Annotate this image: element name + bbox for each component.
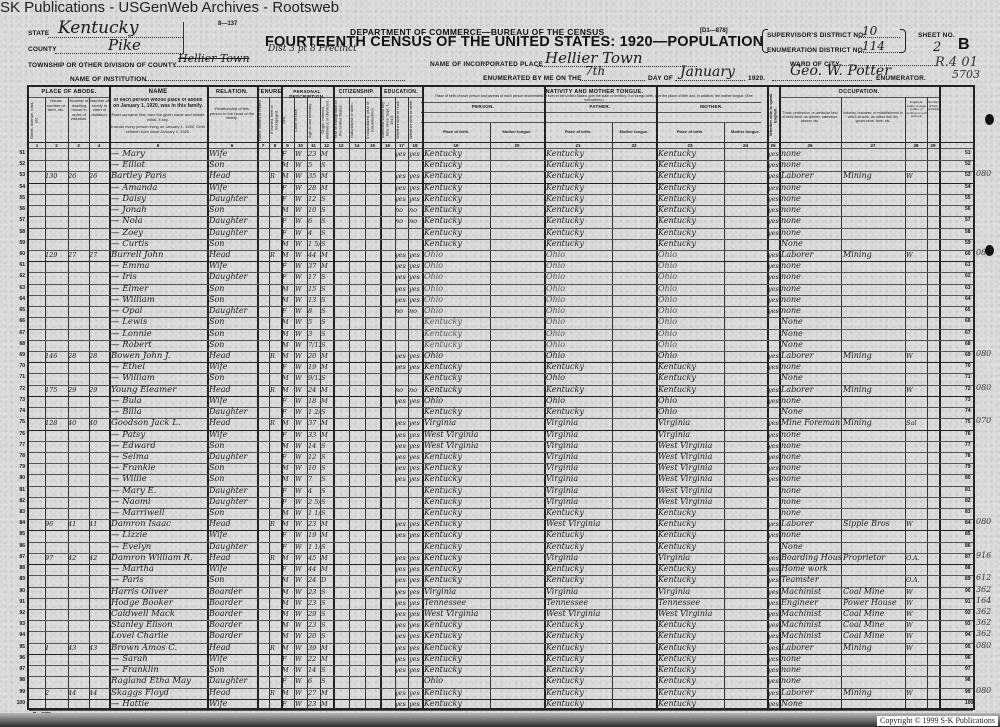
industry: Mining [843, 417, 905, 429]
age: 23 [308, 518, 320, 530]
marital-status: S [321, 372, 333, 384]
race: W [295, 597, 307, 609]
sex: F [282, 395, 294, 407]
sheet-side: B [958, 36, 970, 54]
line-number: 54 [13, 184, 25, 190]
line-number: 88 [965, 565, 977, 571]
race: W [295, 372, 307, 384]
father-birthplace: Kentucky [546, 193, 612, 205]
margin-note-2: 5703 [952, 68, 980, 81]
person-name: — Hattie [111, 698, 207, 710]
relation: Head [209, 518, 257, 530]
race: W [295, 316, 307, 328]
dwelling-number: 146 [45, 350, 68, 362]
street-header: Street, avenue, road, etc. [30, 99, 44, 141]
can-write: yes [409, 698, 422, 710]
marital-status: M [321, 395, 333, 407]
mother-birthplace: Kentucky [658, 664, 724, 676]
age: 15 [308, 283, 320, 295]
person-name: — Lewis [111, 316, 207, 328]
mother-birthplace: Kentucky [658, 630, 724, 642]
sex: M [282, 294, 294, 306]
can-read: yes [395, 597, 408, 609]
line-number: 76 [965, 431, 977, 437]
race: W [295, 687, 307, 699]
race: W [295, 361, 307, 373]
person-name: Ragland Etha May [111, 675, 207, 687]
race: W [295, 664, 307, 676]
mother-birthplace: Kentucky [658, 518, 724, 530]
sex: M [282, 238, 294, 250]
speaks-english: yes [768, 552, 779, 564]
family-number: 29 [68, 384, 89, 396]
occupation: none [781, 305, 841, 317]
person-name: — Martha [111, 563, 207, 575]
line-number: 62 [965, 273, 977, 279]
occupation-code: 080 [976, 686, 991, 695]
mother-birthplace: Kentucky [658, 204, 724, 216]
line-number: 100 [965, 700, 977, 706]
birthplace: Kentucky [424, 372, 490, 384]
can-read: yes [395, 148, 408, 160]
marital-status: M [321, 417, 333, 429]
occupation: none [781, 462, 841, 474]
mother-birthplace: Ohio [658, 294, 724, 306]
race: W [295, 170, 307, 182]
speaks-english: yes [768, 249, 779, 261]
naturalization-year-header: If naturalized, year of naturalization. [366, 99, 380, 141]
father-birthplace: Kentucky [546, 204, 612, 216]
education-group-header: EDUCATION. [380, 89, 422, 95]
row-rule [29, 710, 973, 711]
marital-status: M [321, 384, 333, 396]
line-number: 90 [13, 588, 25, 594]
birthplace: West Virginia [424, 440, 490, 452]
age: 10 [308, 204, 320, 216]
person-name: — Paris [111, 574, 207, 586]
person-name: — Amanda [111, 182, 207, 194]
line-number: 73 [13, 397, 25, 403]
person-name: — Lizzie [111, 529, 207, 541]
family-number: 42 [68, 552, 89, 564]
relation: Son [209, 316, 257, 328]
father-birthplace: Virginia [546, 451, 612, 463]
employer-class: O.A. [906, 574, 927, 586]
column-number: 8 [269, 143, 281, 148]
mother-birthplace: Kentucky [658, 170, 724, 182]
mother-birthplace: West Virginia [658, 462, 724, 474]
race: W [295, 395, 307, 407]
relation: Head [209, 350, 257, 362]
relation: Wife [209, 395, 257, 407]
relation: Son [209, 294, 257, 306]
line-number: 88 [13, 565, 25, 571]
tenure: R [270, 642, 281, 654]
race: W [295, 473, 307, 485]
name-sub-header-3: Include every person living on January 1… [111, 125, 205, 134]
race: W [295, 417, 307, 429]
relation-sub-header: Relationship of this person to the head … [209, 107, 255, 121]
father-birthplace: Virginia [546, 586, 612, 598]
marital-status: S [321, 271, 333, 283]
father-birthplace: Ohio [546, 260, 612, 272]
birthplace: Kentucky [424, 664, 490, 676]
line-number: 79 [13, 464, 25, 470]
can-write: yes [409, 619, 422, 631]
immigration-header: Year of immigration to the United States… [334, 99, 349, 141]
father-birthplace: Ohio [546, 339, 612, 351]
sex: F [282, 227, 294, 239]
mother-birthplace: Virginia [658, 586, 724, 598]
relation: Daughter [209, 485, 257, 497]
occupation: none [781, 529, 841, 541]
father-birthplace: Kentucky [546, 148, 612, 160]
race: W [295, 586, 307, 598]
can-write: no [409, 305, 422, 317]
column-divider [349, 97, 350, 708]
can-read: yes [395, 440, 408, 452]
speaks-english: yes [768, 350, 779, 362]
marital-status: S [321, 597, 333, 609]
mother-birthplace: Ohio [658, 260, 724, 272]
person-name: — Opal [111, 305, 207, 317]
line-number: 79 [965, 464, 977, 470]
sex: F [282, 563, 294, 575]
mother-birthplace: Kentucky [658, 653, 724, 665]
birthplace: Kentucky [424, 653, 490, 665]
birthplace: Kentucky [424, 227, 490, 239]
can-read: yes [395, 193, 408, 205]
state-county-bracket [183, 22, 184, 54]
can-read: yes [395, 687, 408, 699]
race: W [295, 384, 307, 396]
sex: F [282, 193, 294, 205]
can-read: yes [395, 395, 408, 407]
industry-header: Industry, business, or establishment in … [843, 111, 903, 123]
father-birthplace: Kentucky [546, 630, 612, 642]
marital-status: M [321, 429, 333, 441]
can-read: yes [395, 170, 408, 182]
relation: Daughter [209, 193, 257, 205]
speaks-english: yes [768, 563, 779, 575]
sex: F [282, 305, 294, 317]
column-number: 16 [380, 143, 395, 148]
column-number: 27 [841, 143, 905, 148]
person-name: — Naomi [111, 496, 207, 508]
family-number-2: 28 [89, 350, 109, 362]
mother-birthplace: Kentucky [658, 159, 724, 171]
can-write: yes [409, 597, 422, 609]
line-number: 72 [13, 386, 25, 392]
line-number: 74 [13, 408, 25, 414]
occupation: none [781, 440, 841, 452]
race: W [295, 350, 307, 362]
sex: M [282, 339, 294, 351]
relation: Son [209, 328, 257, 340]
marital-status: S [321, 619, 333, 631]
line-number: 93 [13, 621, 25, 627]
father-birthplace: Virginia [546, 485, 612, 497]
mother-birthplace: Ohio [658, 249, 724, 261]
sex: F [282, 698, 294, 710]
line-number: 100 [13, 700, 25, 706]
sex: M [282, 552, 294, 564]
can-write: yes [409, 552, 422, 564]
speaks-english: yes [768, 608, 779, 620]
relation: Daughter [209, 271, 257, 283]
speaks-english: yes [768, 698, 779, 710]
can-read: yes [395, 653, 408, 665]
relation: Son [209, 462, 257, 474]
line-number: 80 [965, 475, 977, 481]
occupation: none [781, 473, 841, 485]
marital-status: S [321, 283, 333, 295]
age: 12 [308, 193, 320, 205]
relation: Son [209, 339, 257, 351]
can-write: yes [409, 642, 422, 654]
employer-class: W [906, 619, 927, 631]
mother-birthplace: Kentucky [658, 148, 724, 160]
industry: Coal Mine [843, 586, 905, 598]
birthplace: Kentucky [424, 529, 490, 541]
line-number: 71 [965, 374, 977, 380]
marital-status: S [321, 159, 333, 171]
person-name: — Elliot [111, 159, 207, 171]
industry: Mining [843, 642, 905, 654]
birthplace: Ohio [424, 260, 490, 272]
line-number: 66 [13, 318, 25, 324]
person-name: — Nola [111, 215, 207, 227]
can-read: yes [395, 249, 408, 261]
relation: Son [209, 664, 257, 676]
tenure: R [270, 170, 281, 182]
dwelling-number: 1 [45, 642, 68, 654]
relation: Son [209, 204, 257, 216]
marital-status: S [321, 227, 333, 239]
father-birthplace: Kentucky [546, 361, 612, 373]
race: W [295, 462, 307, 474]
marital-status: S [321, 675, 333, 687]
birthplace: Kentucky [424, 642, 490, 654]
race: W [295, 339, 307, 351]
sex: M [282, 473, 294, 485]
line-number: 68 [13, 341, 25, 347]
person-name: — Evelyn [111, 541, 207, 553]
father-birthplace: Kentucky [546, 529, 612, 541]
enumeration-value: 114 [862, 39, 885, 53]
mother-birthplace: Kentucky [658, 563, 724, 575]
father-birthplace: Kentucky [546, 541, 612, 553]
sex: F [282, 406, 294, 418]
county-value: Pike [108, 36, 141, 54]
line-number: 76 [13, 431, 25, 437]
speaks-english: yes [768, 271, 779, 283]
birthplace: Kentucky [424, 148, 490, 160]
age: 4 [308, 227, 320, 239]
month-underline [675, 80, 745, 81]
person-name: — Willie [111, 473, 207, 485]
employer-class: W [906, 608, 927, 620]
race: W [295, 485, 307, 497]
line-number: 51 [13, 150, 25, 156]
relation: Boarder [209, 586, 257, 598]
birthplace: Kentucky [424, 215, 490, 227]
sex: M [282, 204, 294, 216]
occupation: none [781, 193, 841, 205]
person-name: Young Eleamer [111, 384, 207, 396]
family-number-2: 41 [89, 518, 109, 530]
supervisor-value: 10 [862, 24, 877, 38]
relation: Son [209, 159, 257, 171]
column-number: 20 [490, 143, 544, 148]
line-number: 97 [13, 666, 25, 672]
race: W [295, 429, 307, 441]
relation: Daughter [209, 451, 257, 463]
birthplace: Kentucky [424, 630, 490, 642]
institution-label: NAME OF INSTITUTION [70, 76, 146, 83]
line-number: 61 [965, 262, 977, 268]
can-read: yes [395, 271, 408, 283]
supervisor-underline [858, 37, 900, 38]
column-divider [68, 97, 69, 708]
nativity-sub-header: Place of birth of each person and parent… [429, 94, 759, 102]
father-birthplace: Kentucky [546, 170, 612, 182]
enumerated-label: ENUMERATED BY ME ON THE [483, 75, 582, 82]
occupation: None [781, 328, 841, 340]
sex: M [282, 384, 294, 396]
column-divider [333, 87, 335, 708]
marital-status: S [321, 451, 333, 463]
race: W [295, 305, 307, 317]
marital-status: S [321, 485, 333, 497]
relation: Head [209, 417, 257, 429]
sex: M [282, 283, 294, 295]
age: 39 [308, 642, 320, 654]
sex: F [282, 271, 294, 283]
mother-birthplace: Kentucky [658, 507, 724, 519]
family-number: 26 [68, 170, 89, 182]
column-number: 29 [927, 143, 939, 148]
age: 44 [308, 249, 320, 261]
read-header: Whether able to read. [396, 99, 408, 141]
column-divider [269, 97, 270, 708]
line-number: 96 [965, 655, 977, 661]
marital-status: S [321, 473, 333, 485]
age: 7 [308, 473, 320, 485]
speaks-english: yes [768, 260, 779, 272]
industry: Mining [843, 384, 905, 396]
line-number: 65 [13, 307, 25, 313]
marital-status: S [321, 316, 333, 328]
line-number: 70 [965, 363, 977, 369]
age: 1 1/2 [308, 541, 320, 553]
can-write: yes [409, 462, 422, 474]
father-birthplace: Kentucky [546, 384, 612, 396]
line-number: 78 [965, 453, 977, 459]
occupation-code: 612 [976, 573, 991, 582]
person-name: Hodge Booker [111, 597, 207, 609]
race: W [295, 675, 307, 687]
age: 5 [308, 159, 320, 171]
sex: F [282, 451, 294, 463]
county-label: COUNTY [28, 46, 57, 53]
can-write: yes [409, 529, 422, 541]
line-number: 98 [965, 677, 977, 683]
sex: M [282, 597, 294, 609]
line-number: 91 [13, 599, 25, 605]
relation: Daughter [209, 496, 257, 508]
speaks-english: yes [768, 597, 779, 609]
father-birthplace: Ohio [546, 316, 612, 328]
occupation: none [781, 148, 841, 160]
copyright-notice: Copyright © 1999 S-K Publications [877, 716, 998, 726]
age: 23 [308, 619, 320, 631]
township-label: TOWNSHIP OR OTHER DIVISION OF COUNTY [28, 62, 177, 69]
marital-status: M [321, 552, 333, 564]
marital-status: S [321, 664, 333, 676]
relation: Son [209, 440, 257, 452]
relation: Son [209, 574, 257, 586]
age: 1 1/2 [308, 507, 320, 519]
birthplace: Kentucky [424, 406, 490, 418]
birthplace: West Virginia [424, 608, 490, 620]
race: W [295, 574, 307, 586]
mother-birthplace: West Virginia [658, 440, 724, 452]
line-number: 55 [965, 195, 977, 201]
race: W [295, 215, 307, 227]
occupation-code: 362 [976, 607, 991, 616]
age: 44 [308, 563, 320, 575]
mother-birthplace: Virginia [658, 417, 724, 429]
father-birthplace: Ohio [546, 350, 612, 362]
person-name: Stanley Elison [111, 619, 207, 631]
marital-status: M [321, 361, 333, 373]
race: W [295, 496, 307, 508]
person-name: Burrell John [111, 249, 207, 261]
occupation-code: 080 [976, 383, 991, 392]
mother-birthplace: Tennessee [658, 597, 724, 609]
family-number-2: 43 [89, 642, 109, 654]
occupation: none [781, 271, 841, 283]
age: 5 [308, 316, 320, 328]
industry: Mining [843, 170, 905, 182]
dwelling-number: 97 [45, 552, 68, 564]
marital-status: M [321, 687, 333, 699]
can-write: yes [409, 653, 422, 665]
can-read: no [395, 305, 408, 317]
relation: Son [209, 372, 257, 384]
mother-birthplace: Kentucky [658, 193, 724, 205]
tenure: R [270, 552, 281, 564]
speaks-english: yes [768, 619, 779, 631]
marital-status: M [321, 563, 333, 575]
can-write: yes [409, 283, 422, 295]
birthplace: Kentucky [424, 462, 490, 474]
marital-status: S [321, 462, 333, 474]
employer-class: O.A. [906, 552, 927, 564]
person-name: Damron Isaac [111, 518, 207, 530]
year-text: 1920. [748, 75, 765, 82]
can-read: yes [395, 529, 408, 541]
race: W [295, 159, 307, 171]
occupation: none [781, 260, 841, 272]
mother-birthplace: Ohio [658, 305, 724, 317]
line-number: 73 [965, 397, 977, 403]
line-number: 64 [13, 296, 25, 302]
age: 18 [308, 395, 320, 407]
relation: Boarder [209, 597, 257, 609]
birthplace: Kentucky [424, 451, 490, 463]
